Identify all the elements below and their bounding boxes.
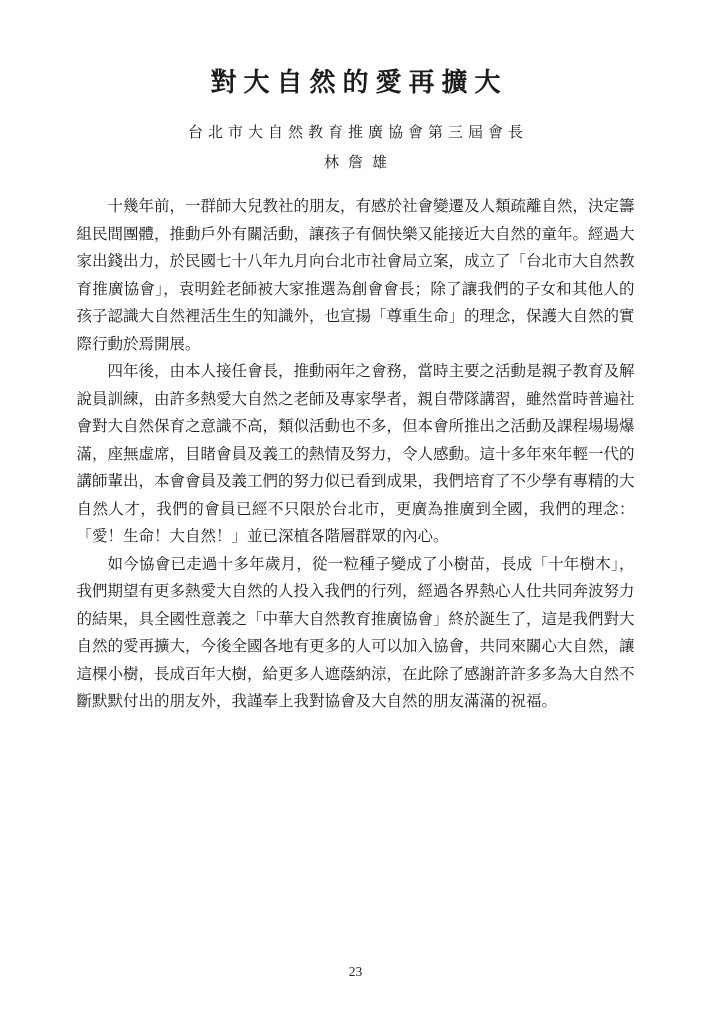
document-page: 對大自然的愛再擴大 台北市大自然教育推廣協會第三屆會長 林詹雄 十幾年前，一群師… bbox=[0, 0, 711, 1024]
paragraph-2: 四年後，由本人接任會長，推動兩年之會務，當時主要之活動是親子教育及解說員訓練，由… bbox=[77, 358, 635, 551]
document-title: 對大自然的愛再擴大 bbox=[0, 0, 711, 99]
page-number: 23 bbox=[0, 964, 711, 980]
paragraph-1: 十幾年前，一群師大兒教社的朋友，有感於社會變遷及人類疏離自然，決定籌組民間團體，… bbox=[77, 193, 635, 358]
author-name: 林詹雄 bbox=[0, 142, 711, 172]
document-body: 十幾年前，一群師大兒教社的朋友，有感於社會變遷及人類疏離自然，決定籌組民間團體，… bbox=[77, 193, 635, 716]
paragraph-3: 如今協會已走過十多年歲月，從一粒種子變成了小樹苗，長成「十年樹木」，我們期望有更… bbox=[77, 551, 635, 716]
document-subtitle: 台北市大自然教育推廣協會第三屆會長 bbox=[0, 99, 711, 142]
